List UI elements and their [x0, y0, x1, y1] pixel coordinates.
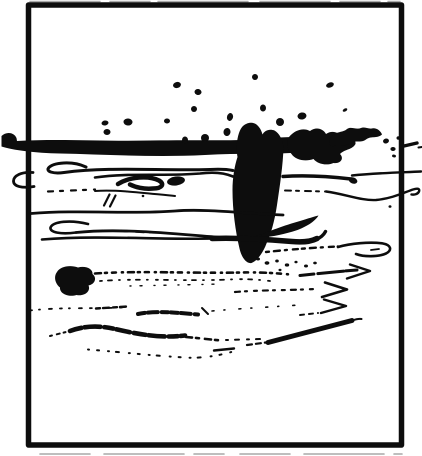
- arrowhead-chevron: [322, 283, 347, 298]
- ink-dot: [260, 105, 266, 112]
- curl-stroke: [338, 243, 390, 256]
- ink-dot: [123, 118, 133, 126]
- ink-speck: [389, 205, 392, 208]
- dotted-trail: [266, 247, 338, 253]
- textured-wave-thick: [70, 327, 185, 337]
- horizon-splatter-arm: [329, 128, 382, 147]
- ink-dot: [101, 120, 109, 126]
- splatter-dot: [390, 147, 395, 151]
- splatter-dash: [419, 147, 422, 148]
- ink-dot: [325, 81, 334, 88]
- splatter-dot: [382, 138, 389, 144]
- wave-line-thin: [95, 191, 175, 196]
- ink-dot: [164, 119, 170, 124]
- ink-speck: [275, 260, 279, 263]
- ink-dot: [342, 107, 348, 112]
- arrowhead-chevron: [321, 300, 346, 314]
- dash-row: [285, 191, 326, 192]
- ink-dot: [226, 112, 234, 121]
- dash-row: [247, 343, 266, 346]
- splatter-dot: [392, 154, 396, 157]
- textured-wave-trail: [186, 337, 221, 341]
- dash-row: [300, 313, 318, 315]
- dotted-trail: [235, 289, 315, 292]
- speckle-row: [95, 272, 290, 274]
- ink-speck: [304, 265, 308, 268]
- base-wave-line: [42, 238, 212, 240]
- ink-dot: [172, 81, 181, 89]
- ink-speck: [285, 263, 289, 266]
- dash-row: [48, 190, 95, 192]
- ink-drawing-svg: [0, 0, 422, 456]
- ink-speck: [279, 269, 282, 271]
- ink-dot: [191, 106, 197, 112]
- ink-dot: [297, 112, 307, 120]
- ink-dot: [182, 137, 188, 144]
- speckle-row: [88, 350, 233, 358]
- ink-speck: [313, 262, 317, 265]
- frame-border: [29, 5, 402, 445]
- base-wave-upturn: [315, 232, 326, 241]
- arrow-shaft: [300, 270, 357, 276]
- curl-inner-tick: [371, 249, 379, 250]
- ink-speck: [294, 261, 297, 264]
- wave-line-hook: [48, 163, 233, 173]
- ink-knot-blob: [166, 175, 185, 186]
- dash-row: [50, 332, 68, 337]
- ink-speck: [265, 261, 270, 264]
- sweeping-curve-right: [326, 189, 419, 200]
- base-wave-thick: [212, 238, 317, 242]
- speckle-row: [212, 305, 300, 311]
- splatter-dash: [404, 143, 417, 146]
- ink-dot: [252, 74, 258, 80]
- ink-knot: [118, 177, 162, 188]
- hash-tick: [104, 195, 110, 206]
- ink-dot: [223, 127, 231, 136]
- diagonal-stroke: [268, 321, 352, 343]
- wave-line-right: [283, 176, 351, 179]
- splatter-dot: [397, 136, 401, 140]
- dash-row: [226, 339, 262, 340]
- dash-row: [214, 349, 234, 351]
- wave-line-right-outer: [352, 172, 421, 176]
- ink-dot: [276, 118, 284, 126]
- ink-dot: [194, 88, 202, 95]
- slant-tick: [202, 308, 208, 314]
- texture-blob-left: [55, 266, 95, 296]
- artwork-page: [0, 0, 422, 456]
- ink-dot: [201, 134, 209, 142]
- ink-speck: [256, 258, 260, 261]
- dark-dash-segment: [138, 312, 198, 314]
- diagonal-end-tick: [352, 319, 362, 321]
- speckle-row: [130, 284, 222, 286]
- ink-speck: [142, 195, 145, 197]
- wave-line: [95, 173, 233, 178]
- ink-dot: [104, 129, 111, 135]
- speckle-row: [100, 279, 274, 281]
- hash-tick: [110, 196, 116, 207]
